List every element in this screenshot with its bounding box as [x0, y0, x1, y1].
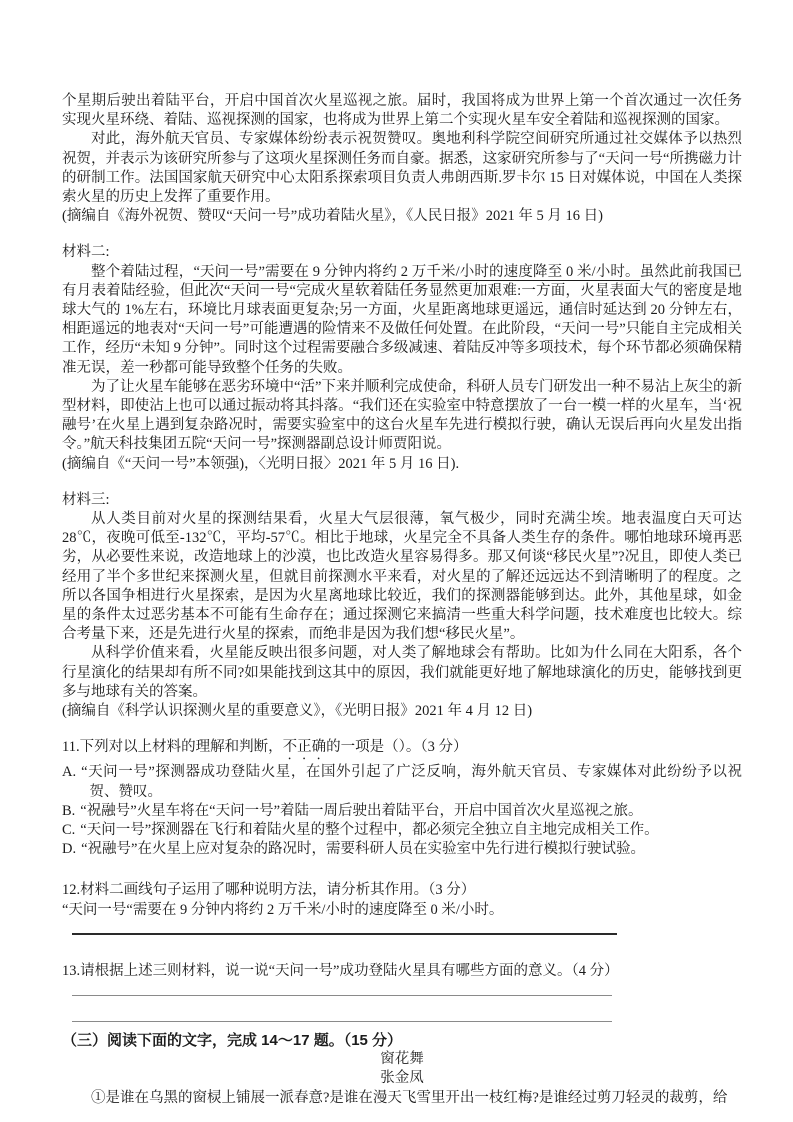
material-2-label: 材料二: [62, 243, 742, 262]
material-2-underlined-sentence: “天问一号”需要在 9 分钟内将约 2 万千米/小时的速度降至 0 米/小时。 [193, 264, 639, 281]
essay-first-line: ①是谁在乌黑的窗棂上铺展一派春意?是谁在漫天飞雪里开出一枝红梅?是谁经过剪刀轻灵… [62, 1089, 742, 1108]
question-11-stem-after: 的一项是（）。（3 分） [326, 739, 467, 755]
question-13: 13.请根据上述三则材料，说一说“天问一号”成功登陆火星具有哪些方面的意义。（4… [62, 962, 742, 1022]
section-gap [62, 226, 742, 243]
material-3-source: (摘编自《科学认识探测火星的重要意义》，《光明日报》2021 年 4 月 12 … [62, 702, 742, 721]
answer-blank-line [72, 1021, 612, 1022]
answer-blank-line [72, 933, 617, 935]
question-11-emphasized-word: 不正确 [283, 739, 327, 755]
material-2-para1-before: 整个着陆过程， [91, 264, 193, 280]
question-12: 12.材料二画线句子运用了哪种说明方法，请分析其作用。（3 分） “天问一号“需… [62, 881, 742, 934]
exam-content: 个星期后驶出着陆平台，开启中国首次火星巡视之旅。届时，我国将成为世界上第一个首次… [62, 92, 742, 1108]
question-11-stem: 11.下列对以上材料的理解和判断，不正确的一项是（）。（3 分） [62, 738, 742, 763]
material-2-source: (摘编自《“天问一号”本领强)，〈光明日报〉2021 年 5 月 16 日). [62, 455, 742, 474]
section-gap [62, 474, 742, 491]
question-11-option-a: A.“天问一号”探测器成功登陆火星，在国外引起了广泛反响，海外航天官员、专家媒体… [62, 763, 742, 801]
material-3-label: 材料三: [62, 491, 742, 510]
material-2-paragraph-1: 整个着陆过程，“天问一号”需要在 9 分钟内将约 2 万千米/小时的速度降至 0… [62, 263, 742, 378]
material-1-paragraph: 对此，海外航天官员、专家媒体纷纷表示祝贺赞叹。奥地利科学院空间研究所通过社交媒体… [62, 130, 742, 207]
question-11-option-d: D.“祝融号”在火星上应对复杂的路况时，需要科研人员在实验室中先行进行模拟行驶试… [62, 840, 742, 859]
section-three-header: （三）阅读下面的文字，完成 14～17 题。（15 分） [62, 1031, 742, 1050]
material-1-continuation: 个星期后驶出着陆平台，开启中国首次火星巡视之旅。届时，我国将成为世界上第一个首次… [62, 92, 742, 130]
option-a-label: A. [62, 764, 76, 780]
essay-author: 张金凤 [62, 1069, 742, 1088]
material-1-source: (摘编自《海外祝贺、赞叹“天问一号”成功着陆火星》，《人民日报》2021 年 5… [62, 207, 742, 226]
answer-blank-line [72, 995, 612, 996]
material-3-paragraph-2: 从科学价值来看，火星能反映出很多问题，对人类了解地球会有帮助。比如为什么同在大阳… [62, 644, 742, 702]
material-2-paragraph-2: 为了让火星车能够在恶劣环境中“活”下来并顺利完成使命，科研人员专门研发出一种不易… [62, 378, 742, 455]
option-d-label: D. [62, 841, 76, 857]
question-12-quote: “天问一号“需要在 9 分钟内将约 2 万千米/小时的速度降至 0 米/小时。 [62, 901, 742, 920]
essay-title: 窗花舞 [62, 1050, 742, 1069]
option-a-text: “天问一号”探测器成功登陆火星，在国外引起了广泛反响，海外航天官员、专家媒体对此… [81, 764, 742, 799]
option-b-text: “祝融号”火星车将在“天问一号”着陆一周后驶出着陆平台，开启中国首次火星巡视之旅… [80, 803, 642, 819]
question-11-option-b: B.“祝融号”火星车将在“天问一号”着陆一周后驶出着陆平台，开启中国首次火星巡视… [62, 802, 742, 821]
option-c-label: C. [62, 822, 75, 838]
section-gap [62, 721, 742, 738]
question-12-stem: 12.材料二画线句子运用了哪种说明方法，请分析其作用。（3 分） [62, 881, 742, 900]
section-gap [62, 859, 742, 870]
question-11-option-c: C.“天问一号”探测器在飞行和着陆火星的整个过程中，都必须完全独立自主地完成相关… [62, 821, 742, 840]
option-c-text: “天问一号”探测器在飞行和着陆火星的整个过程中，都必须完全独立自主地完成相关工作… [80, 822, 658, 838]
option-d-text: “祝融号”在火星上应对复杂的路况时，需要科研人员在实验室中先行进行模拟行驶试验。 [81, 841, 645, 857]
question-11-stem-before: 11.下列对以上材料的理解和判断， [62, 739, 283, 755]
question-13-stem: 13.请根据上述三则材料，说一说“天问一号”成功登陆火星具有哪些方面的意义。（4… [62, 962, 742, 981]
option-b-label: B. [62, 803, 75, 819]
material-3-paragraph-1: 从人类目前对火星的探测结果看，火星大气层很薄，氧气极少，同时充满尘埃。地表温度白… [62, 510, 742, 644]
exam-page: 个星期后驶出着陆平台，开启中国首次火星巡视之旅。届时，我国将成为世界上第一个首次… [0, 0, 793, 1122]
